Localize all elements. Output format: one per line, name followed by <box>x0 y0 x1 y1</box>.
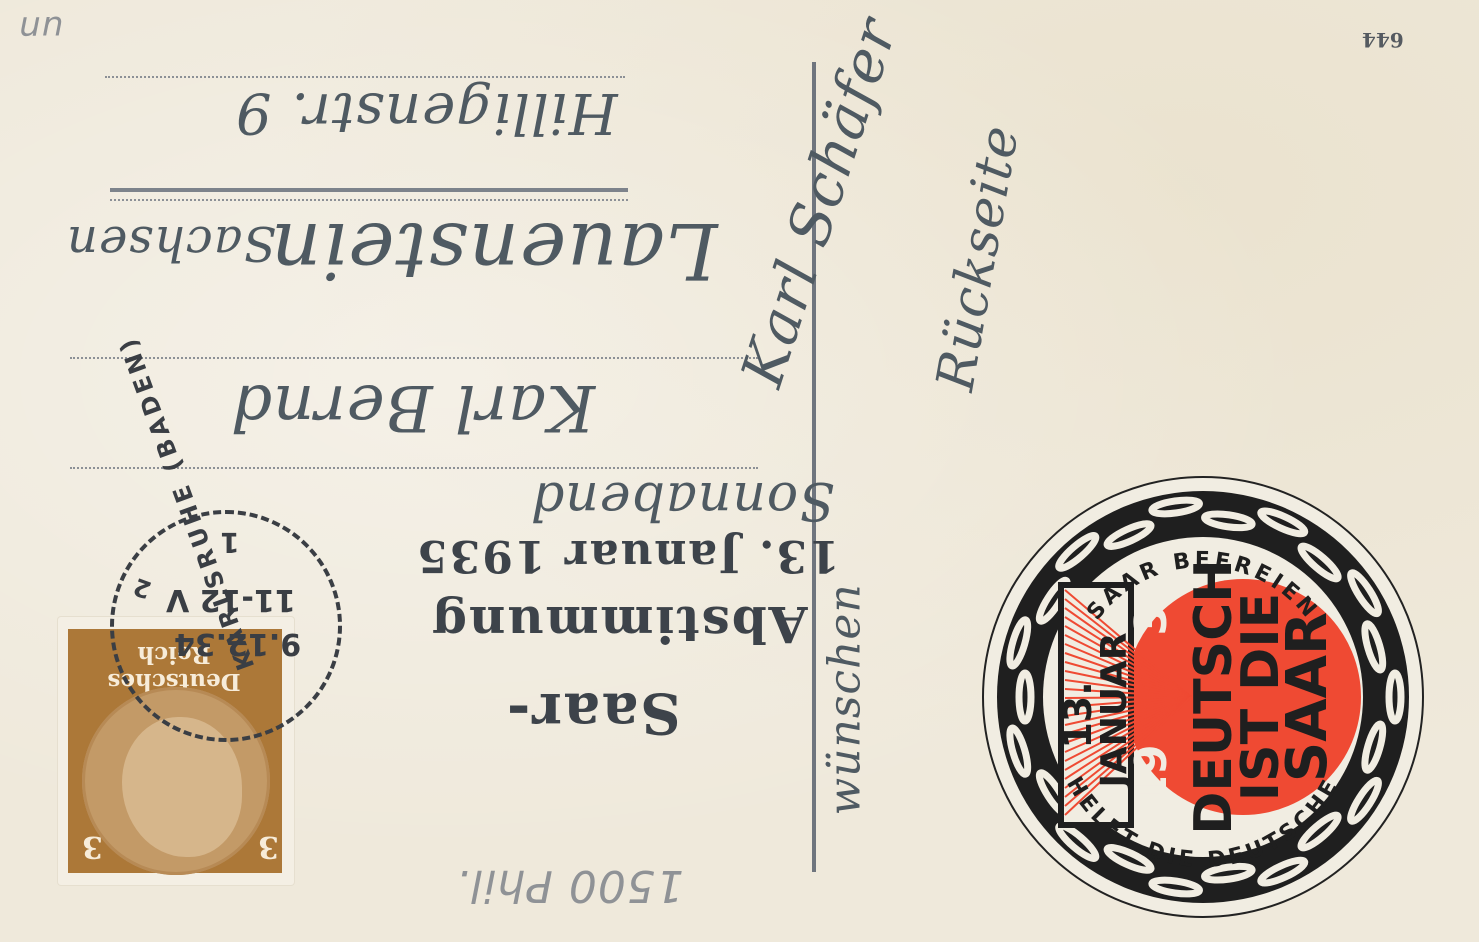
address-line-2 <box>110 199 628 201</box>
address-street: Hilligenstr. 9 <box>235 80 618 145</box>
address-line-1 <box>105 76 625 78</box>
cancel-line-3: 13. Januar 1935 <box>415 530 840 581</box>
pencil-note: 1500 Phil. <box>455 860 684 911</box>
svg-text:19: 19 <box>1126 744 1177 805</box>
postmark-office: 1 <box>220 526 239 559</box>
address-name: Lauenstein <box>270 205 718 295</box>
stamp-value-left: 3 <box>82 829 103 864</box>
cancel-line-2: Abstimmung <box>430 595 807 654</box>
postmark-number: 2 <box>130 572 155 604</box>
corner-pencil-mark: un <box>18 8 63 48</box>
message-closing: wünschen <box>820 583 871 815</box>
recipient-line-1: Karl Bernd <box>230 370 595 444</box>
postmark: 1 11-12 V 9.12.34 2 KARLSRUHE (BADEN) <box>110 510 342 742</box>
message-line-1: Karl Schäfer <box>728 10 911 395</box>
address-city: Sachsen <box>66 215 276 271</box>
message-line-2: Rückseite <box>925 121 1031 395</box>
stamp-value-right: 3 <box>258 829 279 864</box>
postcard: 644 un Hilligenstr. 9 Lauenstein Sachsen… <box>0 0 1479 942</box>
address-line-3 <box>70 357 758 359</box>
cancel-line-1: Saar- <box>505 680 681 746</box>
address-divider <box>110 188 628 192</box>
saar-seal: 13. JANUAR 19 35 DEUTSCH IST DIE SAAR SA… <box>981 475 1425 919</box>
svg-text:SAAR: SAAR <box>1275 612 1340 782</box>
recipient-line-2: Sonnabend <box>530 470 835 530</box>
card-number: 644 <box>1362 28 1404 52</box>
